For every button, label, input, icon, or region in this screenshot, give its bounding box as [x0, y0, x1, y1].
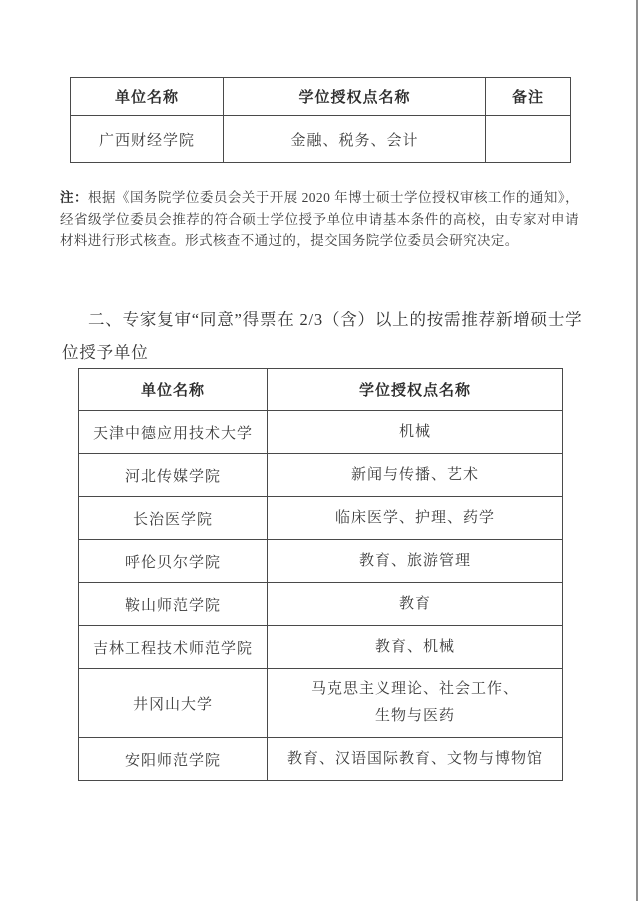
- table-row: 广西财经学院 金融、税务、会计: [71, 116, 571, 163]
- header-degree-point-name: 学位授权点名称: [224, 78, 486, 116]
- degree-cell: 金融、税务、会计: [224, 116, 486, 163]
- unit-cell: 广西财经学院: [71, 116, 224, 163]
- unit-cell: 天津中德应用技术大学: [79, 411, 268, 454]
- table-row: 井冈山大学 马克思主义理论、社会工作、 生物与医药: [79, 669, 563, 738]
- table-row: 吉林工程技术师范学院 教育、机械: [79, 626, 563, 669]
- degree-cell: 机械: [268, 411, 563, 454]
- header-unit-name: 单位名称: [71, 78, 224, 116]
- table-row: 河北传媒学院 新闻与传播、艺术: [79, 454, 563, 497]
- conditional-approval-table: 单位名称 学位授权点名称 备注 广西财经学院 金融、税务、会计: [70, 77, 571, 163]
- degree-cell: 临床医学、护理、药学: [268, 497, 563, 540]
- header-degree-point-name: 学位授权点名称: [268, 369, 563, 411]
- unit-cell: 井冈山大学: [79, 669, 268, 738]
- table-row: 长治医学院 临床医学、护理、药学: [79, 497, 563, 540]
- unit-cell: 河北传媒学院: [79, 454, 268, 497]
- note-label: 注：: [60, 190, 88, 205]
- table-row: 天津中德应用技术大学 机械: [79, 411, 563, 454]
- degree-cell: 教育、机械: [268, 626, 563, 669]
- degree-cell: 教育、旅游管理: [268, 540, 563, 583]
- remark-cell: [486, 116, 571, 163]
- header-unit-name: 单位名称: [79, 369, 268, 411]
- unit-cell: 长治医学院: [79, 497, 268, 540]
- page-edge-line: [636, 0, 638, 901]
- table-header-row: 单位名称 学位授权点名称 备注: [71, 78, 571, 116]
- unit-cell: 鞍山师范学院: [79, 583, 268, 626]
- degree-cell: 新闻与传播、艺术: [268, 454, 563, 497]
- degree-cell: 教育、汉语国际教育、文物与博物馆: [268, 738, 563, 781]
- degree-cell: 教育: [268, 583, 563, 626]
- table-row: 呼伦贝尔学院 教育、旅游管理: [79, 540, 563, 583]
- degree-cell: 马克思主义理论、社会工作、 生物与医药: [268, 669, 563, 738]
- section-heading: 二、专家复审“同意”得票在 2/3（含）以上的按需推荐新增硕士学位授予单位: [62, 303, 584, 369]
- document-page: 单位名称 学位授权点名称 备注 广西财经学院 金融、税务、会计 注：根据《国务院…: [0, 0, 640, 901]
- table-row: 鞍山师范学院 教育: [79, 583, 563, 626]
- unit-cell: 吉林工程技术师范学院: [79, 626, 268, 669]
- recommended-units-table: 单位名称 学位授权点名称 天津中德应用技术大学 机械 河北传媒学院 新闻与传播、…: [78, 368, 563, 781]
- unit-cell: 安阳师范学院: [79, 738, 268, 781]
- note-text: 根据《国务院学位委员会关于开展 2020 年博士硕士学位授权审核工作的通知》，经…: [60, 190, 579, 248]
- note-paragraph: 注：根据《国务院学位委员会关于开展 2020 年博士硕士学位授权审核工作的通知》…: [60, 187, 579, 252]
- unit-cell: 呼伦贝尔学院: [79, 540, 268, 583]
- table-row: 安阳师范学院 教育、汉语国际教育、文物与博物馆: [79, 738, 563, 781]
- table-header-row: 单位名称 学位授权点名称: [79, 369, 563, 411]
- header-remark: 备注: [486, 78, 571, 116]
